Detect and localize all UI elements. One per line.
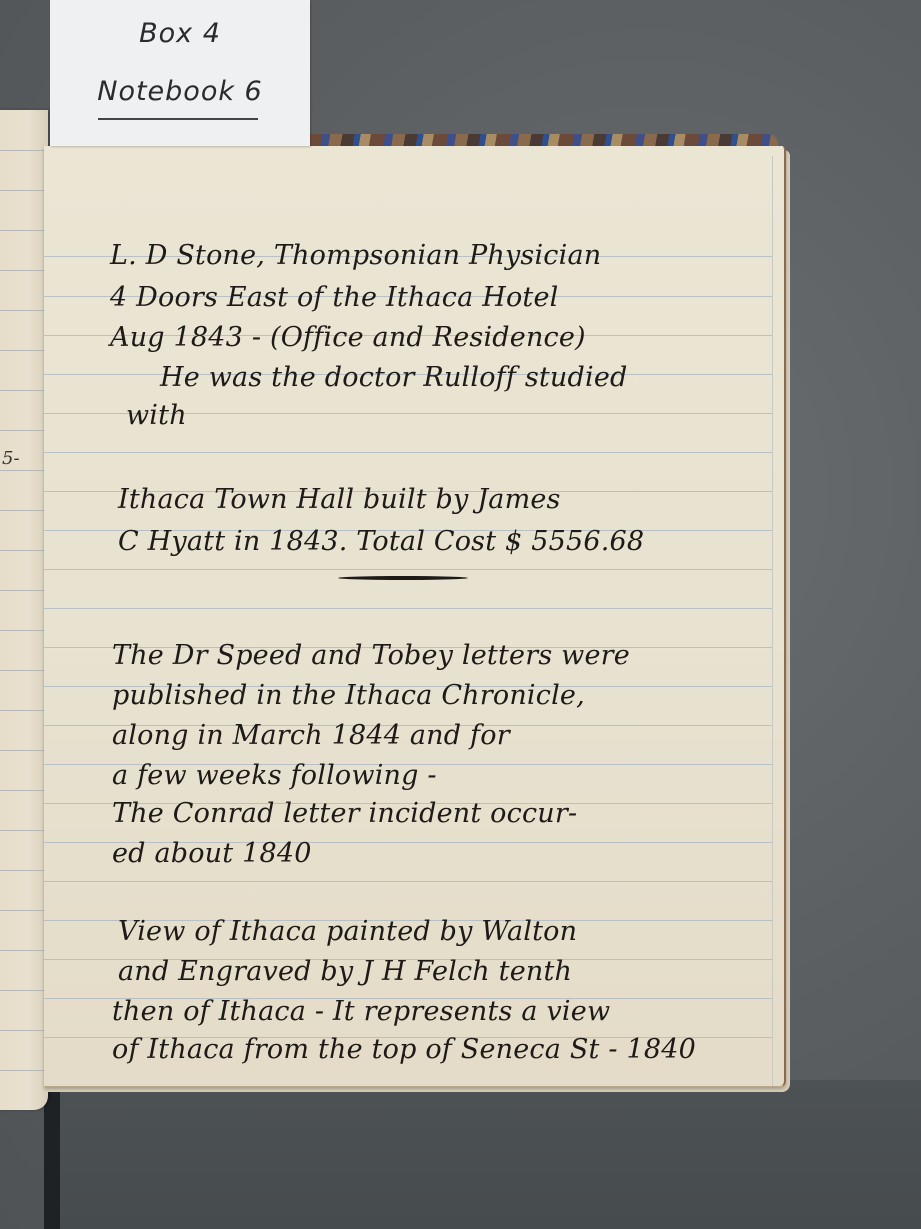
table-surface <box>60 1080 921 1229</box>
archive-label-card: Box 4 Notebook 6 <box>50 0 310 146</box>
ruled-line <box>0 270 48 271</box>
page-margin-line <box>772 156 773 1086</box>
ruled-line <box>0 950 48 951</box>
ruled-line <box>0 310 48 311</box>
ruled-line <box>0 910 48 911</box>
left-page-margin-mark: 5- <box>2 448 20 469</box>
ruled-line <box>44 881 772 882</box>
handwritten-line: The Conrad letter incident occur- <box>112 798 577 829</box>
handwritten-line: ed about 1840 <box>112 838 312 869</box>
ruled-line <box>0 550 48 551</box>
ruled-line <box>0 430 48 431</box>
ruled-line <box>0 1070 48 1071</box>
handwritten-line: with <box>126 400 187 431</box>
handwritten-line: Ithaca Town Hall built by James <box>118 484 561 515</box>
ruled-line <box>0 710 48 711</box>
previous-page-edge <box>0 110 48 1110</box>
ruled-line <box>0 990 48 991</box>
ruled-line <box>0 150 48 151</box>
handwritten-line: C Hyatt in 1843. Total Cost $ 5556.68 <box>118 526 644 557</box>
ruled-line <box>0 670 48 671</box>
ruled-line <box>0 750 48 751</box>
ruled-line <box>0 790 48 791</box>
label-underline <box>98 118 258 120</box>
handwritten-line: He was the doctor Rulloff studied <box>160 362 628 393</box>
ruled-line <box>44 608 772 609</box>
handwritten-line: View of Ithaca painted by Walton <box>118 916 577 947</box>
ruled-line <box>44 569 772 570</box>
ruled-line <box>44 452 772 453</box>
handwritten-line: L. D Stone, Thompsonian Physician <box>110 240 601 271</box>
handwritten-line: along in March 1844 and for <box>112 720 510 751</box>
ruled-line <box>0 1030 48 1031</box>
handwritten-line: and Engraved by J H Felch tenth <box>118 956 572 987</box>
ruled-line <box>0 630 48 631</box>
ruled-line <box>0 590 48 591</box>
ruled-line <box>0 190 48 191</box>
handwritten-line: of Ithaca from the top of Seneca St - 18… <box>112 1034 696 1065</box>
label-notebook-number: Notebook 6 <box>50 76 310 107</box>
ruled-line <box>0 830 48 831</box>
handwritten-line: Aug 1843 - (Office and Residence) <box>110 322 586 353</box>
handwritten-line: The Dr Speed and Tobey letters were <box>112 640 630 671</box>
handwritten-line: 4 Doors East of the Ithaca Hotel <box>110 282 558 313</box>
handwritten-line: published in the Ithaca Chronicle, <box>112 680 585 711</box>
ruled-line <box>0 230 48 231</box>
handwritten-line: a few weeks following - <box>112 760 437 791</box>
ruled-line <box>0 390 48 391</box>
ruled-line <box>0 470 48 471</box>
handwritten-line: then of Ithaca - It represents a view <box>112 996 610 1027</box>
label-box-number: Box 4 <box>50 18 310 49</box>
ruled-line <box>0 510 48 511</box>
ruled-line <box>0 870 48 871</box>
section-divider-flourish <box>338 576 468 580</box>
ruled-line <box>0 350 48 351</box>
